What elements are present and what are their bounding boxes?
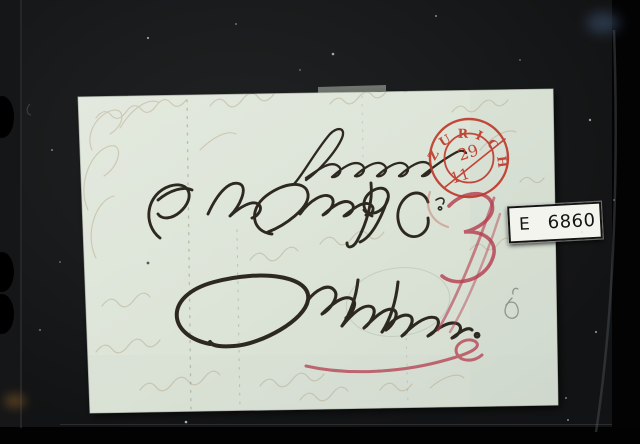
photo-stage: ZURICH 29 11 E 6860 (0, 0, 640, 444)
dust-specks (0, 0, 640, 444)
